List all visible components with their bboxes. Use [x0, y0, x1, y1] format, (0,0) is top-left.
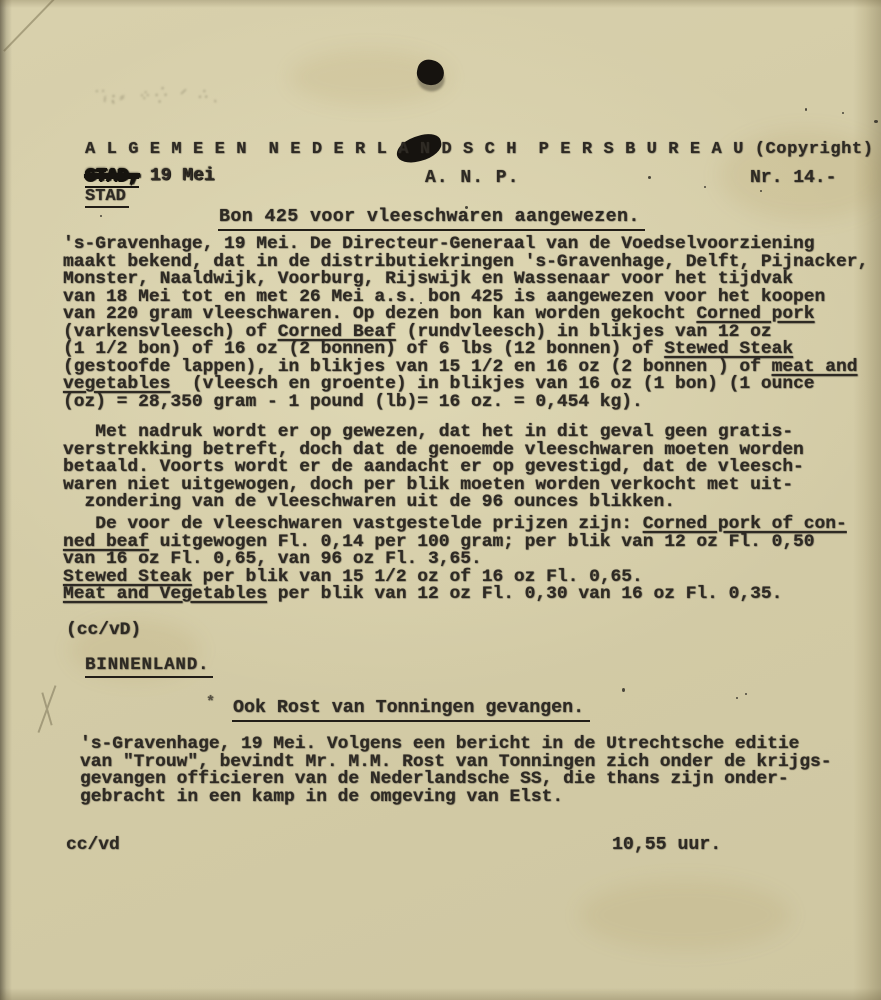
- scanned-press-bulletin-page: ˙ᵢ̇⁏⸗ ⁘⁛ ᐟ ∴ͺ A L G E M E E N N E D E R …: [0, 0, 881, 1000]
- ink-speck: [100, 215, 102, 217]
- ink-speck: [648, 176, 651, 179]
- agency-abbreviation: A. N. P.: [425, 168, 519, 188]
- scan-edge-left: [0, 0, 12, 1000]
- article1-headline: Bon 425 voor vleeschwaren aangewezen.: [218, 207, 645, 231]
- issue-date: 19 Mei: [139, 166, 215, 186]
- ink-speck: [760, 190, 762, 192]
- scan-edge-top: [0, 0, 881, 8]
- asterisk-mark: *: [206, 694, 215, 711]
- paper-stain: [580, 880, 790, 950]
- article1-paragraph-3: De voor de vleeschwaren vastgestelde pri…: [63, 516, 847, 604]
- text-line: zondering van de vleeschwaren uit de 96 …: [63, 494, 804, 512]
- text-line: gebracht in een kamp in de omgeving van …: [80, 789, 832, 807]
- ink-speck: [736, 697, 738, 699]
- article1-paragraph-2: Met nadruk wordt er op gewezen, dat het …: [63, 424, 804, 512]
- scan-edge-bottom: [0, 988, 881, 1000]
- faded-pencil-smudge: ˙ᵢ̇⁏⸗ ⁘⁛ ᐟ ∴ͺ: [92, 84, 253, 114]
- ink-speck: [805, 108, 807, 111]
- footer-broadcast-time: 10,55 uur.: [612, 835, 721, 855]
- article1-editor-initials: (cc/vD): [66, 620, 141, 640]
- ink-speck: [874, 120, 878, 123]
- dateline-row: STAD, 19 Mei: [85, 166, 215, 186]
- bulletin-number: Nr. 14.-: [750, 168, 836, 188]
- ink-speck: [745, 693, 747, 695]
- agency-name: A L G E M E E N N E D E R L A N D S C H …: [85, 140, 874, 159]
- ink-speck: [704, 186, 706, 188]
- text-line: (oz) = 28,350 gram - 1 pound (lb)= 16 oz…: [63, 394, 868, 412]
- footer-typist-initials: cc/vd: [66, 835, 120, 855]
- article2-headline: Ook Rost van Tonningen gevangen.: [232, 698, 590, 722]
- ink-speck: [622, 688, 625, 692]
- article1-paragraph-1: 's-Gravenhage, 19 Mei. De Directeur-Gene…: [63, 236, 868, 411]
- pencil-x-mark: [34, 684, 60, 734]
- city-name-struck-out: STAD,: [85, 166, 139, 188]
- ink-speck: [842, 112, 844, 114]
- text-line: Meat and Vegetables per blik van 12 oz F…: [63, 586, 847, 604]
- article2-paragraph: 's-Gravenhage, 19 Mei. Volgens een beric…: [80, 736, 832, 806]
- city-name-corrected: STAD: [85, 187, 129, 208]
- section-heading-binnenland: BINNENLAND.: [85, 655, 213, 678]
